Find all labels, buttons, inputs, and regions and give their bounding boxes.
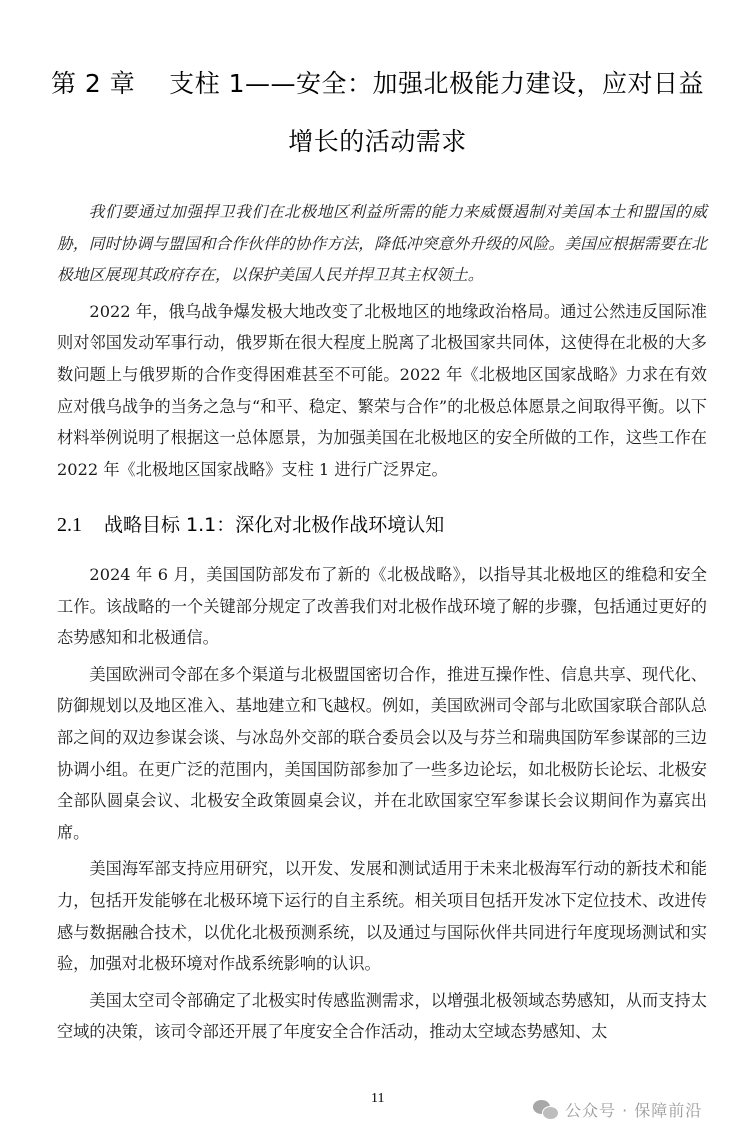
intro-block: 我们要通过加强捍卫我们在北极地区利益所需的能力来威慑遏制对美国本土和盟国的威胁，… — [57, 196, 707, 485]
section-title: 战略目标 1.1：深化对北极作战环境认知 — [104, 514, 444, 536]
section-paragraph: 美国欧洲司令部在多个渠道与北极盟国密切合作，推进互操作性、信息共享、现代化、防御… — [57, 659, 707, 849]
chapter-title-line-2: 增长的活动需求 — [40, 122, 715, 158]
chapter-title-line-1: 第 2 章 支柱 1——安全：加强北极能力建设，应对日益 — [40, 64, 715, 100]
section-number: 2.1 — [57, 514, 82, 536]
section-paragraph: 美国海军部支持应用研究，以开发、发展和测试适用于未来北极海军行动的新技术和能力，… — [57, 853, 707, 979]
wechat-icon — [533, 1100, 559, 1120]
watermark: 公众号 · 保障前沿 — [533, 1098, 702, 1121]
intro-paragraph: 2022 年，俄乌战争爆发极大地改变了北极地区的地缘政治格局。通过公然违反国际准… — [57, 296, 707, 486]
section-body: 2024 年 6 月，美国国防部发布了新的《北极战略》，以指导其北极地区的维稳和… — [57, 559, 707, 1048]
italic-summary: 我们要通过加强捍卫我们在北极地区利益所需的能力来威慑遏制对美国本土和盟国的威胁，… — [57, 196, 707, 291]
section-paragraph: 美国太空司令部确定了北极实时传感监测需求，以增强北极领域态势感知，从而支持太空域… — [57, 985, 707, 1048]
watermark-text: 公众号 · 保障前沿 — [565, 1098, 702, 1121]
page-number: 11 — [371, 1091, 384, 1107]
document-page: 第 2 章 支柱 1——安全：加强北极能力建设，应对日益 增长的活动需求 我们要… — [0, 0, 755, 1146]
section-heading: 2.1战略目标 1.1：深化对北极作战环境认知 — [57, 510, 444, 537]
section-paragraph: 2024 年 6 月，美国国防部发布了新的《北极战略》，以指导其北极地区的维稳和… — [57, 559, 707, 654]
